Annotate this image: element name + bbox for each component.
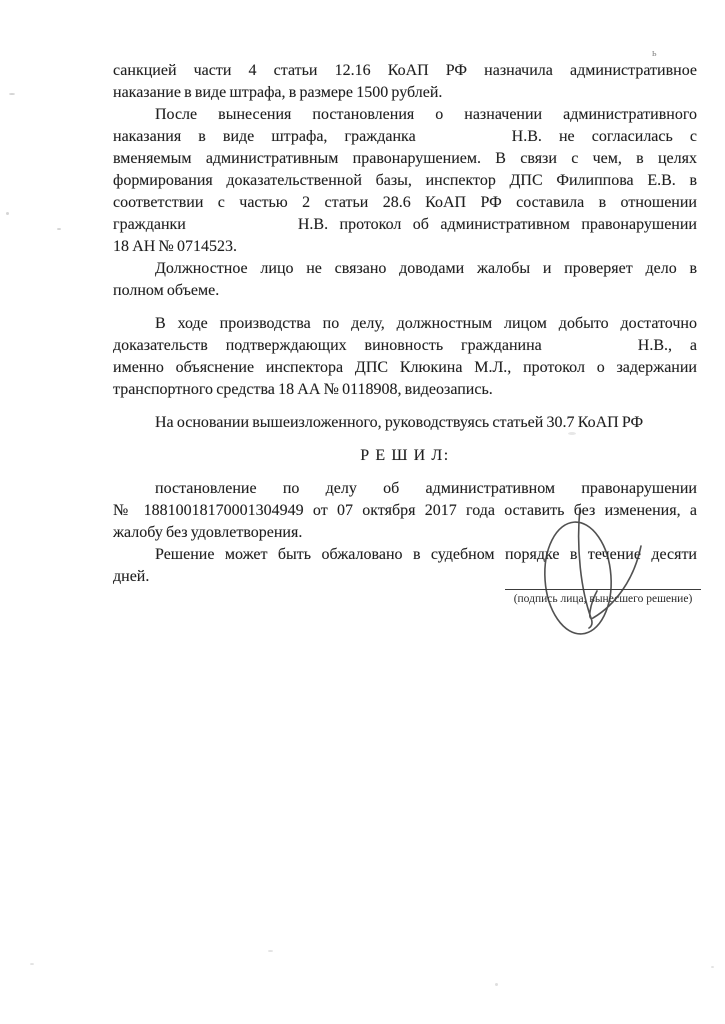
document-line: наказания в виде штрафа, гражданка Н.В. … (113, 126, 697, 148)
scan-speckle (30, 963, 34, 965)
paragraph-gap (113, 302, 697, 313)
document-line: 18 АН № 0714523. (113, 236, 697, 258)
scan-speckle (495, 983, 498, 986)
document-line: гражданки Н.В. протокол об административ… (113, 214, 697, 236)
document-line: соответствии с частью 2 статьи 28.6 КоАП… (113, 192, 697, 214)
document-line: полном объеме. (113, 280, 697, 302)
document-line: доказательств подтверждающих виновность … (113, 335, 697, 357)
document-line: После вынесения постановления о назначен… (113, 104, 697, 126)
document-line: постановление по делу об административно… (113, 478, 697, 500)
paragraph-gap (113, 434, 697, 445)
document-line: Должностное лицо не связано доводами жал… (113, 258, 697, 280)
scan-speckle (6, 212, 9, 215)
paragraph-gap (113, 467, 697, 478)
scan-speckle (9, 93, 15, 95)
document-line: формирования доказательственной базы, ин… (113, 170, 697, 192)
document-line: В ходе производства по делу, должностным… (113, 313, 697, 335)
paragraph-gap (113, 401, 697, 412)
scanned-document-page: санкцией части 4 статьи 12.16 КоАП РФ на… (0, 0, 725, 1024)
document-line: вменяемым административным правонарушени… (113, 148, 697, 170)
scan-speckle (57, 228, 61, 230)
decision-heading: Р Е Ш И Л: (113, 445, 697, 467)
document-line: транспортного средства 18 АА № 0118908, … (113, 379, 697, 401)
document-line: именно объяснение инспектора ДПС Клюкина… (113, 357, 697, 379)
scan-speckle (268, 950, 273, 952)
handwritten-signature (535, 500, 655, 645)
document-line: На основании вышеизложенного, руководств… (113, 412, 697, 434)
scan-artifact-mark: ь (652, 48, 657, 59)
scan-speckle (711, 966, 714, 968)
document-line: наказание в виде штрафа, в размере 1500 … (113, 82, 697, 104)
document-line: санкцией части 4 статьи 12.16 КоАП РФ на… (113, 60, 697, 82)
scan-speckle (568, 432, 576, 435)
